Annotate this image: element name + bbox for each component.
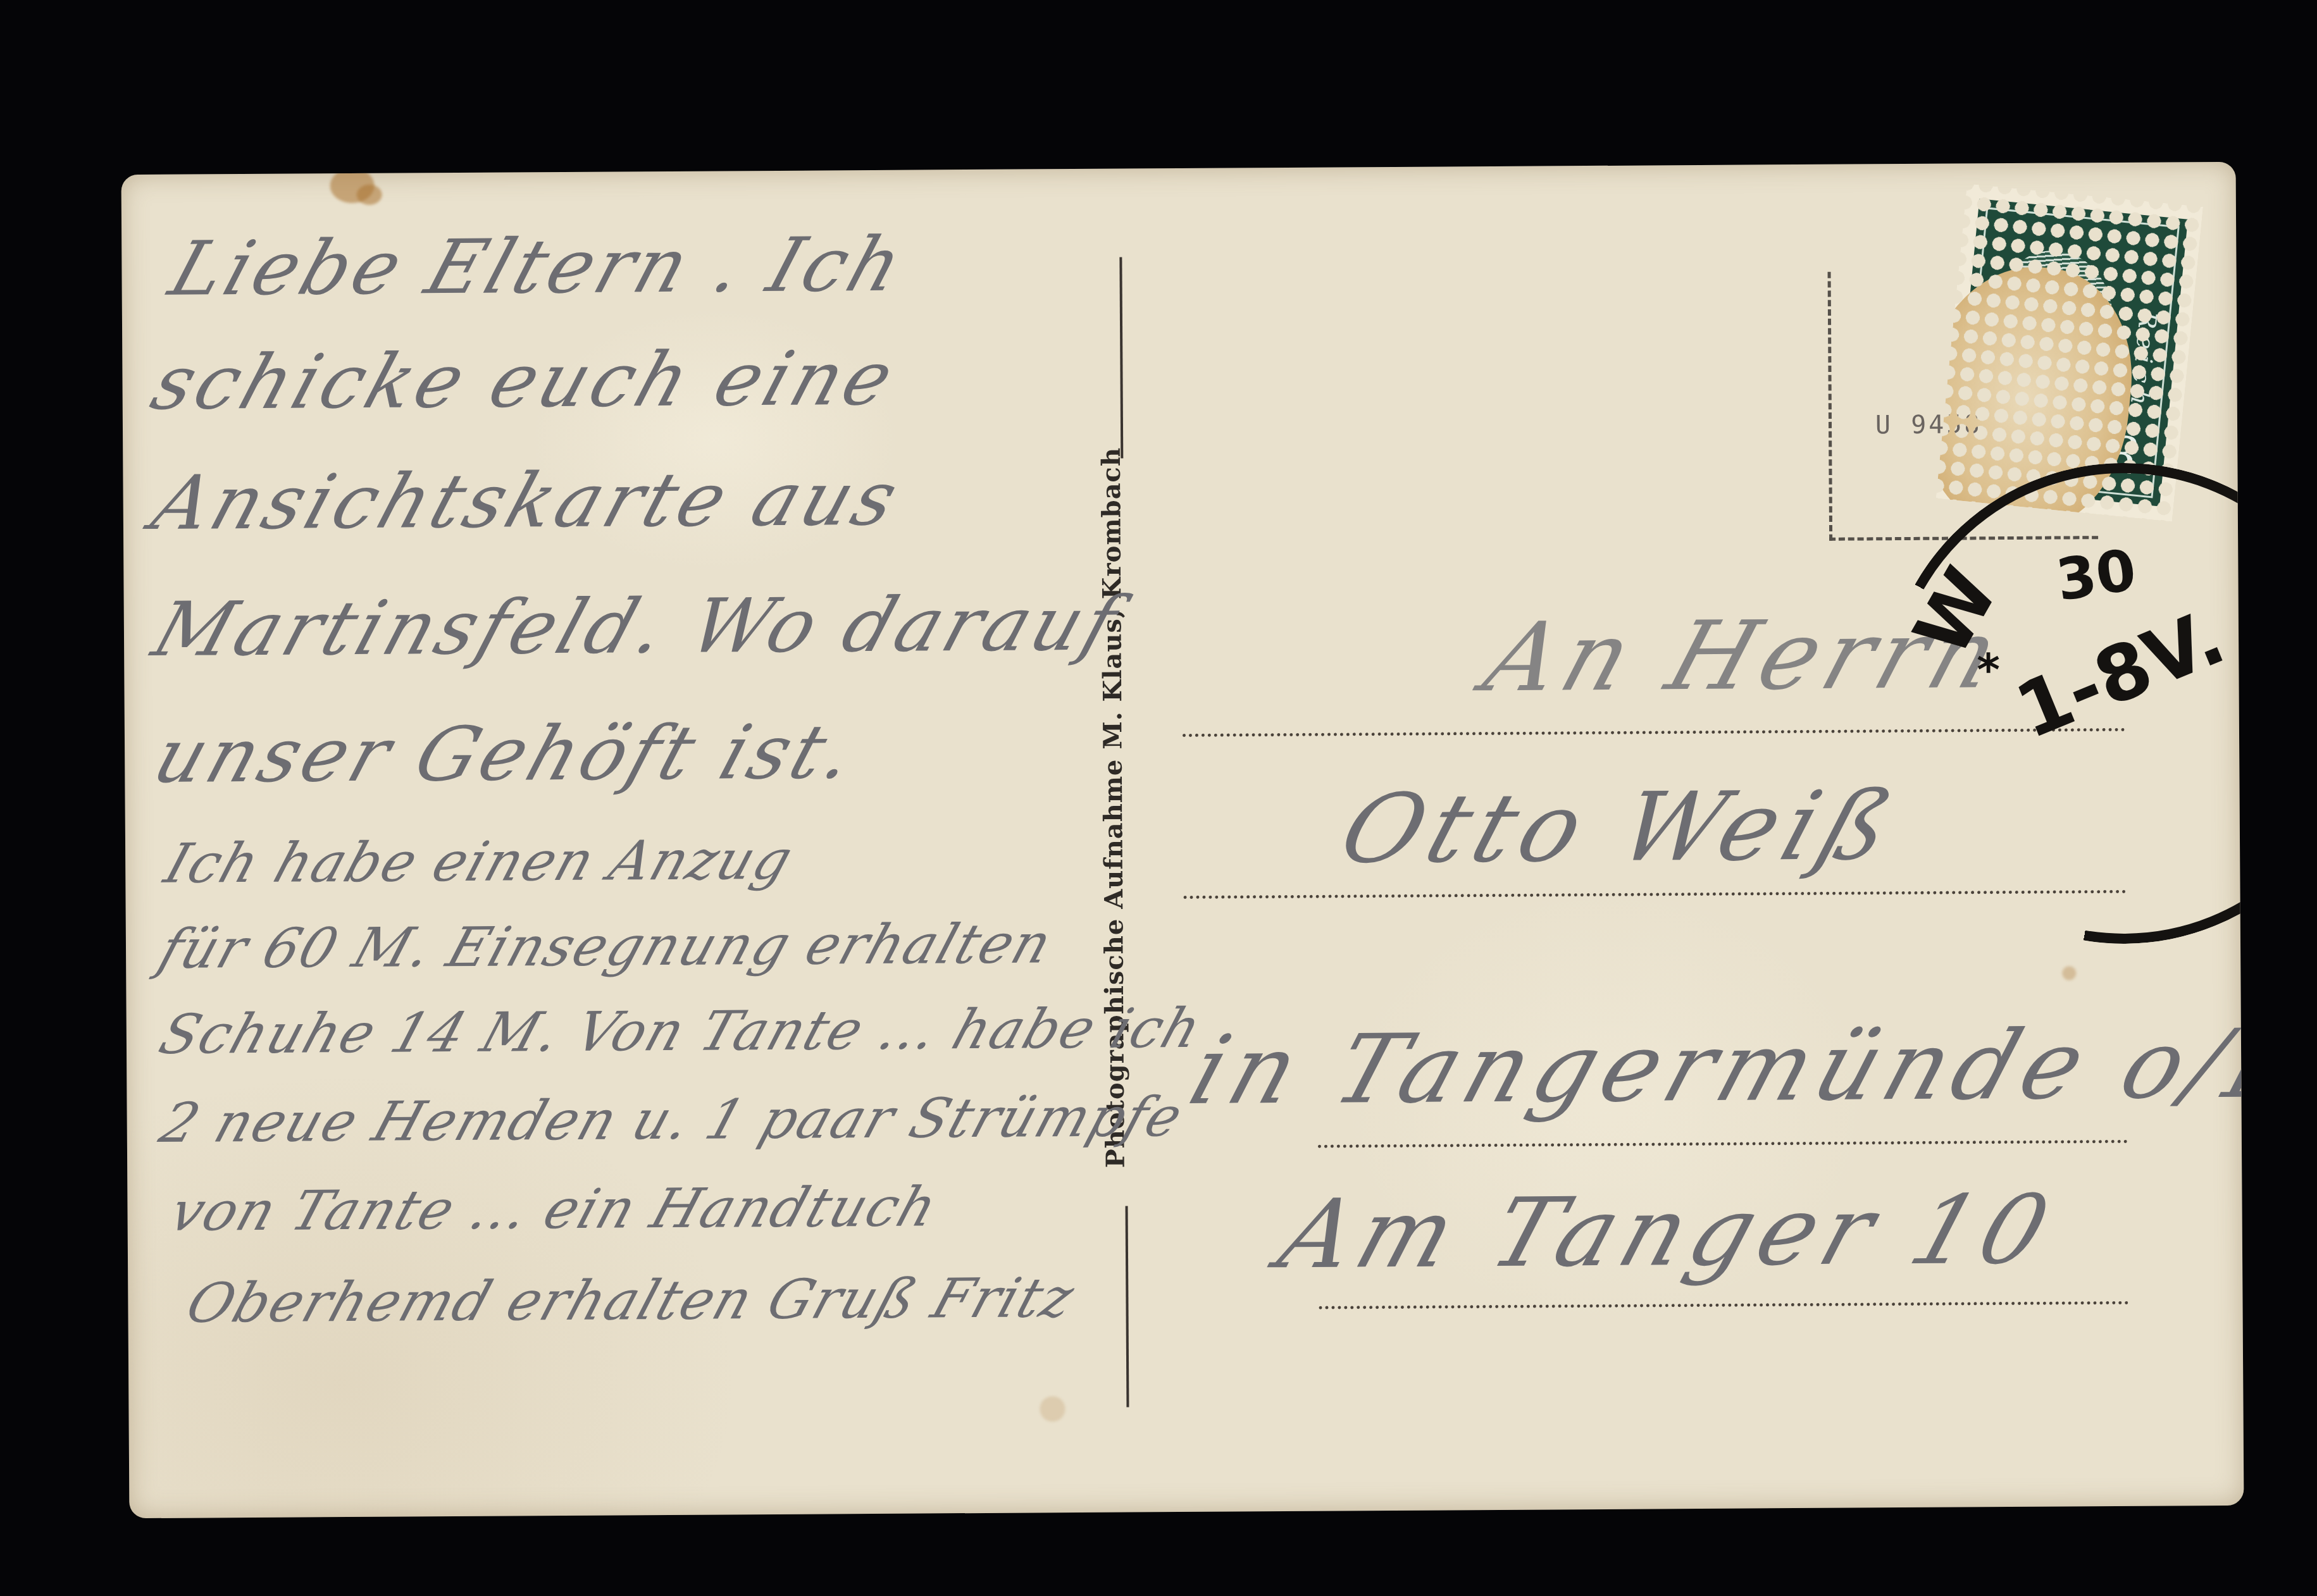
- divider-line-top: [1119, 257, 1123, 459]
- address-line: in Tangermünde o/E: [1177, 1009, 2244, 1126]
- address: An Herrn Otto Weiß in Tangermünde o/E Am…: [121, 162, 2236, 175]
- message-line: Ich habe einen Anzug: [158, 829, 801, 896]
- message-line: 2 neue Hemden u. 1 paar Strümpfe: [152, 1086, 1191, 1155]
- message-line: von Tante ... ein Handtuch: [163, 1175, 946, 1244]
- rust-stain: [1040, 1396, 1065, 1421]
- message-line: für 60 M. Einsegnung erhalten: [151, 912, 1060, 981]
- message-line: schicke euch eine: [142, 335, 907, 426]
- message-line: Schuhe 14 M. Von Tante ... habe ich: [152, 997, 1210, 1067]
- message-line: Ansichtskarte aus: [142, 455, 911, 547]
- postmark-star: *: [1977, 644, 2000, 696]
- postmark-year: 30: [2053, 537, 2140, 614]
- message-line: Liebe Eltern . Ich: [160, 221, 917, 312]
- postmark: W 30 * 1-8V.: [121, 162, 2236, 175]
- postcard: Photographische Aufnahme M. Klaus, Kromb…: [121, 162, 2244, 1518]
- divider-line-bottom: [1126, 1206, 1129, 1407]
- message-line: unser Gehöft ist.: [144, 708, 869, 800]
- address-line: Am Tanger 10: [1267, 1175, 2068, 1290]
- address-dotted-line-4: [1319, 1301, 2129, 1309]
- rust-stain: [357, 185, 382, 205]
- address-line: Otto Weiß: [1327, 771, 1912, 885]
- message-line: Martinsfeld. Wo darauf: [143, 579, 1131, 673]
- message: Liebe Eltern . Ich schicke euch eine Ans…: [121, 162, 2236, 175]
- message-line: Oberhemd erhalten Gruß Fritz: [179, 1266, 1083, 1335]
- rust-stain: [2062, 966, 2076, 980]
- address-dotted-line-3: [1318, 1140, 2128, 1148]
